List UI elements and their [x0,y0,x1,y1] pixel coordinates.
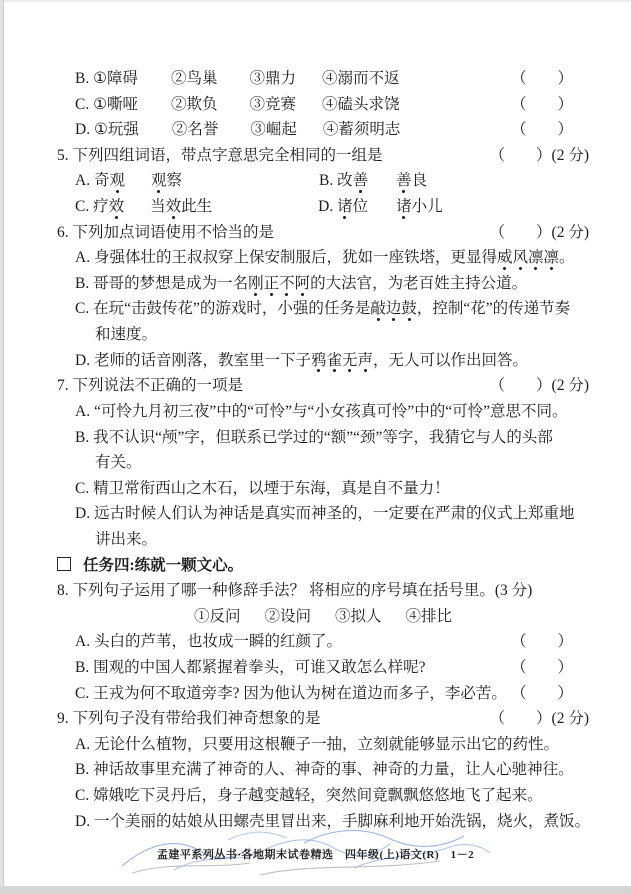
text-segment: 讲出来。 [95,531,157,548]
text-segment: D. 远古时候人们认为神话是真实而神圣的，一定要在严肃的仪式上郑重地 [75,505,574,522]
task-four-banner: 任务四:练就一颗文心。 [57,553,589,579]
question-5-text: 5. 下列四组词语，带点字意思完全相同的一组是 [57,143,490,169]
q4-option-d-text: D. ①玩强②名誉③崛起④蓄须明志 [57,117,511,143]
answer-parentheses: （ ） [511,121,573,138]
q9-option-d: D. 一个美丽的姑娘从田螺壳里冒出来，手脚麻利地开始洗锅，烧火，煮饭。 [57,809,589,835]
task-four-banner-text: 任务四:练就一颗文心。 [57,553,589,579]
q6-option-a-text: A. 身强体壮的王叔叔穿上保安制服后，犹如一座铁塔，更显得威风凛凛。 [57,245,589,271]
q5-options-ab: A. 奇观观察B. 改善善良 [57,168,589,194]
q6-option-c-text: C. 在玩“击鼓传花”的游戏时，小强的任务是敲边鼓，控制“花”的传递节奏 [57,296,589,322]
q6-option-b: B. 哥哥的梦想是成为一名刚正不阿的大法官，为老百姓主持公道。 [57,271,589,297]
text-segment: ④溺而不返 [322,70,400,87]
q7-option-c-text: C. 精卫常衔西山之木石，以堙于东海，真是自不量力！ [57,476,589,502]
q9-option-c: C. 嫦娥吃下灵丹后，身子越变越轻，突然间竟飘飘悠悠地飞了起来。 [57,783,589,809]
answer-parentheses: （ ） [490,147,552,164]
exam-paper-page: B. ①障碍②鸟巢③鼎力④溺而不返（ ）C. ①嘶哑②欺负③竞赛④磕头求饶（ ）… [0,0,631,894]
text-segment: D. 老师的话音刚落，教室里一下子 [75,352,311,369]
q9-option-a: A. 无论什么植物，只要用这根鞭子一抽，立刻就能够显示出它的药性。 [57,732,589,758]
q4-option-c: C. ①嘶哑②欺负③竞赛④磕头求饶（ ） [57,92,589,118]
q7-option-d-cont: 讲出来。 [57,527,589,553]
answer-blank: （ ） [511,681,573,707]
question-6: 6. 下列加点词语使用不恰当的是（ ）(2 分) [57,220,589,246]
score-label: (2 分) [552,377,589,394]
q8-option-a-text: A. 头白的芦苇，也妆成一瞬的红颜了。 [57,629,511,655]
answer-blank: （ ） [511,66,573,92]
q9-option-a-text: A. 无论什么植物，只要用这根鞭子一抽，立刻就能够显示出它的药性。 [57,732,589,758]
answer-parentheses: （ ） [490,710,552,727]
text-segment: C. 疗 [75,198,109,215]
q9-option-b-text: B. 神话故事里充满了神奇的人、神奇的事、神奇的力量，让人心驰神往。 [57,757,589,783]
q7-option-b-cont-text: 有关。 [57,450,589,476]
emphasized-text: 善 [396,172,412,189]
text-segment: ②设问 [264,608,311,625]
text-segment: C. 在玩“击鼓传花”的游戏时，小强的任务是 [75,300,370,317]
question-9: 9. 下列句子没有带给我们神奇想象的是（ ）(2 分) [57,706,589,732]
answer-parentheses: （ ） [490,377,552,394]
text-segment: B. 我不认识“颅”字，但联系已学过的“额”“颈”等字，我猜它与人的头部 [75,429,553,446]
text-segment: 当 [150,198,166,215]
q7-option-b-cont: 有关。 [57,450,589,476]
text-segment: 察 [166,172,182,189]
text-segment: C. 精卫常衔西山之木石，以堙于东海，真是自不量力！ [75,480,450,497]
footer: 孟建平系列丛书·各地期末试卷精选 四年级(上)语文(R) 1－2 [0,845,631,863]
text-segment: C. 王戎为何不取道旁李? 因为他认为树在道边而多子，李必苦。 [75,685,507,702]
text-segment: ③鼎力 [250,70,297,87]
text-segment: 良 [412,172,428,189]
text-segment: ③拟人 [335,608,382,625]
exam-content: B. ①障碍②鸟巢③鼎力④溺而不返（ ）C. ①嘶哑②欺负③竞赛④磕头求饶（ ）… [57,66,589,834]
text-segment: ④磕头求饶 [322,96,400,113]
q9-option-b: B. 神话故事里充满了神奇的人、神奇的事、神奇的力量，让人心驰神往。 [57,757,589,783]
q8-option-a: A. 头白的芦苇，也妆成一瞬的红颜了。（ ） [57,629,589,655]
answer-blank: （ ）(2 分) [490,373,589,399]
text-segment: D. [318,198,337,215]
text-segment: B. 改 [319,172,353,189]
emphasized-text: 威风凛凛 [497,249,559,266]
text-segment: A. “可怜九月初三夜”中的“可怜”与“小女孩真可怜”中的“可怜”意思不同。 [75,403,567,420]
text-segment: 此生 [181,198,212,215]
text-segment: C. 嫦娥吃下灵丹后，身子越变越轻，突然间竟飘飘悠悠地飞了起来。 [75,787,543,804]
scan-edge-bottom [0,886,631,894]
text-segment: ，无人可以作出回答。 [373,352,528,369]
score-label: (2 分) [552,224,589,241]
question-7: 7. 下列说法不正确的一项是（ ）(2 分) [57,373,589,399]
answer-blank: （ ） [511,629,573,655]
answer-parentheses: （ ） [511,70,573,87]
q6-option-d: D. 老师的话音刚落，教室里一下子鸦雀无声，无人可以作出回答。 [57,348,589,374]
emphasized-text: 效 [166,198,182,215]
question-6-text: 6. 下列加点词语使用不恰当的是 [57,220,490,246]
text-segment: D. ①玩强 [75,121,139,138]
answer-blank: （ ）(2 分) [490,143,589,169]
q7-option-d: D. 远古时候人们认为神话是真实而神圣的，一定要在严肃的仪式上郑重地 [57,501,589,527]
answer-parentheses: （ ） [511,96,573,113]
score-label: (2 分) [552,147,589,164]
q7-option-b-text: B. 我不认识“颅”字，但联系已学过的“额”“颈”等字，我猜它与人的头部 [57,425,589,451]
q8-option-c-text: C. 王戎为何不取道旁李? 因为他认为树在道边而多子，李必苦。 [57,681,511,707]
text-segment: A. 无论什么植物，只要用这根鞭子一抽，立刻就能够显示出它的药性。 [75,736,559,753]
text-segment: 位 [353,198,369,215]
answer-parentheses: （ ） [511,659,573,676]
q8-option-b-text: B. 围观的中国人都紧握着拳头，可谁又敢怎么样呢? [57,655,511,681]
q6-option-c: C. 在玩“击鼓传花”的游戏时，小强的任务是敲边鼓，控制“花”的传递节奏 [57,296,589,322]
q5-options-ab-text: A. 奇观观察B. 改善善良 [57,168,589,194]
text-segment: D. 一个美丽的姑娘从田螺壳里冒出来，手脚麻利地开始洗锅，烧火，煮饭。 [75,813,590,830]
emphasized-text: 诸 [337,198,353,215]
emphasized-text: 敲边鼓 [370,300,417,317]
footer-caption: 孟建平系列丛书·各地期末试卷精选 四年级(上)语文(R) 1－2 [157,849,474,861]
text-segment: A. 头白的芦苇，也妆成一瞬的红颜了。 [75,633,342,650]
text-segment: 8. 下列句子运用了哪一种修辞手法？ 将相应的序号填在括号里。(3 分) [57,582,532,599]
text-segment: 任务四:练就一颗文心。 [83,557,243,574]
text-segment: 5. 下列四组词语，带点字意思完全相同的一组是 [57,147,383,164]
text-segment: B. 围观的中国人都紧握着拳头，可谁又敢怎么样呢? [75,659,425,676]
question-7-text: 7. 下列说法不正确的一项是 [57,373,490,399]
q7-option-a-text: A. “可怜九月初三夜”中的“可怜”与“小女孩真可怜”中的“可怜”意思不同。 [57,399,589,425]
question-9-text: 9. 下列句子没有带给我们神奇想象的是 [57,706,490,732]
emphasized-text: 观 [109,172,125,189]
q4-option-c-text: C. ①嘶哑②欺负③竞赛④磕头求饶 [57,92,511,118]
q9-option-c-text: C. 嫦娥吃下灵丹后，身子越变越轻，突然间竟飘飘悠悠地飞了起来。 [57,783,589,809]
q5-options-cd: C. 疗效当效此生D. 诸位诸小儿 [57,194,589,220]
text-segment: B. ①障碍 [75,70,138,87]
text-segment: ②鸟巢 [171,70,218,87]
answer-blank: （ ）(2 分) [490,706,589,732]
text-segment: ④排比 [406,608,453,625]
q8-option-c: C. 王戎为何不取道旁李? 因为他认为树在道边而多子，李必苦。（ ） [57,681,589,707]
q6-option-a: A. 身强体壮的王叔叔穿上保安制服后，犹如一座铁塔，更显得威风凛凛。 [57,245,589,271]
q7-option-b: B. 我不认识“颅”字，但联系已学过的“额”“颈”等字，我猜它与人的头部 [57,425,589,451]
text-segment: 小儿 [412,198,443,215]
question-8: 8. 下列句子运用了哪一种修辞手法？ 将相应的序号填在括号里。(3 分) [57,578,589,604]
text-segment: ①反问 [194,608,241,625]
q6-option-c-cont: 和速度。 [57,322,589,348]
text-segment: 和速度。 [95,326,157,343]
q8-choices-text: ①反问②设问③拟人④排比 [194,604,452,630]
text-segment: A. 身强体壮的王叔叔穿上保安制服后，犹如一座铁塔，更显得 [75,249,497,266]
answer-blank: （ ） [511,92,573,118]
q7-option-a: A. “可怜九月初三夜”中的“可怜”与“小女孩真可怜”中的“可怜”意思不同。 [57,399,589,425]
emphasized-text: 观 [151,172,167,189]
q5-options-cd-text: C. 疗效当效此生D. 诸位诸小儿 [57,194,589,220]
answer-blank: （ ） [511,655,573,681]
text-segment: 9. 下列句子没有带给我们神奇想象的是 [57,710,321,727]
emphasized-text: 诸 [396,198,412,215]
answer-blank: （ ）(2 分) [490,220,589,246]
text-segment: 7. 下列说法不正确的一项是 [57,377,243,394]
emphasized-text: 刚正不阿 [248,275,310,292]
text-segment: 6. 下列加点词语使用不恰当的是 [57,224,274,241]
text-segment: B. 神话故事里充满了神奇的人、神奇的事、神奇的力量，让人心驰神往。 [75,761,574,778]
q7-option-d-text: D. 远古时候人们认为神话是真实而神圣的，一定要在严肃的仪式上郑重地 [57,501,589,527]
text-segment: A. 奇 [75,172,109,189]
answer-parentheses: （ ） [511,685,573,702]
text-segment: 有关。 [95,454,142,471]
scan-edge-left-line [3,0,4,894]
text-segment: 的大法官，为老百姓主持公道。 [310,275,527,292]
text-segment: ②欺负 [171,96,218,113]
text-segment: B. 哥哥的梦想是成为一名 [75,275,248,292]
q6-option-d-text: D. 老师的话音刚落，教室里一下子鸦雀无声，无人可以作出回答。 [57,348,589,374]
text-segment: ④蓄须明志 [323,121,401,138]
q4-option-d: D. ①玩强②名誉③崛起④蓄须明志（ ） [57,117,589,143]
text-segment: C. ①嘶哑 [75,96,138,113]
text-segment: ②名誉 [172,121,219,138]
q6-option-b-text: B. 哥哥的梦想是成为一名刚正不阿的大法官，为老百姓主持公道。 [57,271,589,297]
emphasized-text: 鸦雀无声 [311,352,373,369]
score-label: (2 分) [552,710,589,727]
question-8-text: 8. 下列句子运用了哪一种修辞手法？ 将相应的序号填在括号里。(3 分) [57,578,589,604]
emphasized-text: 效 [109,198,125,215]
answer-parentheses: （ ） [490,224,552,241]
text-segment: ，控制“花”的传递节奏 [417,300,570,317]
q7-option-c: C. 精卫常衔西山之木石，以堙于东海，真是自不量力！ [57,476,589,502]
question-5: 5. 下列四组词语，带点字意思完全相同的一组是（ ）(2 分) [57,143,589,169]
q9-option-d-text: D. 一个美丽的姑娘从田螺壳里冒出来，手脚麻利地开始洗锅，烧火，煮饭。 [57,809,589,835]
q7-option-d-cont-text: 讲出来。 [57,527,589,553]
text-segment: ③崛起 [250,121,297,138]
q8-choices: ①反问②设问③拟人④排比 [57,604,589,630]
q6-option-c-cont-text: 和速度。 [57,322,589,348]
answer-parentheses: （ ） [511,633,573,650]
text-segment: 。 [559,249,575,266]
q4-option-b-text: B. ①障碍②鸟巢③鼎力④溺而不返 [57,66,511,92]
scan-edge-top [0,0,631,2]
answer-blank: （ ） [511,117,573,143]
q4-option-b: B. ①障碍②鸟巢③鼎力④溺而不返（ ） [57,66,589,92]
q8-option-b: B. 围观的中国人都紧握着拳头，可谁又敢怎么样呢?（ ） [57,655,589,681]
emphasized-text: 善 [353,172,369,189]
text-segment: ③竞赛 [250,96,297,113]
task-checkbox [57,557,71,571]
